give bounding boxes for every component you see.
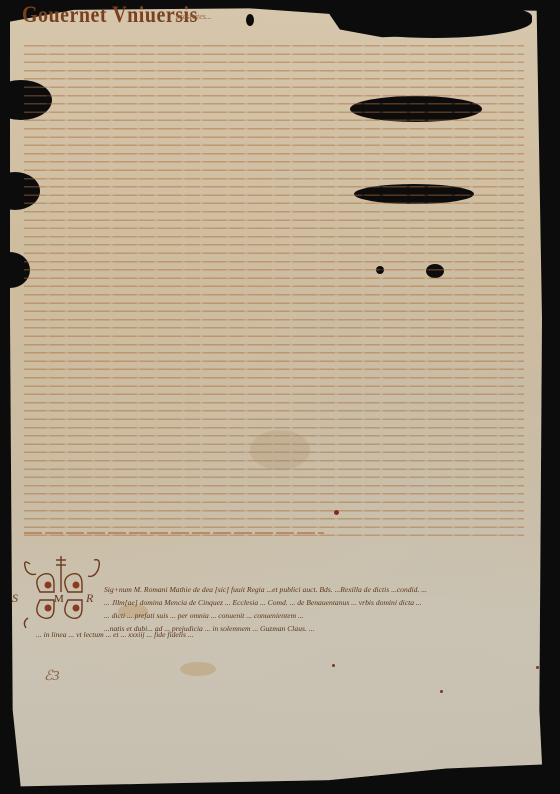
marginal-mark: ℰ3 bbox=[44, 668, 59, 685]
stain bbox=[180, 662, 216, 676]
ink-speck bbox=[334, 510, 339, 515]
body-final-line bbox=[24, 532, 324, 534]
svg-text:R: R bbox=[85, 591, 94, 605]
subscription-line: ... Jllm[ae] domina Mencia de Cinquez ..… bbox=[104, 596, 544, 609]
damage-hole-top-right bbox=[336, 4, 532, 38]
ink-speck bbox=[332, 664, 335, 667]
subscription-line: Sig+num M. Romani Mathie de dea [sic] fu… bbox=[104, 583, 544, 596]
subscription-closing-line: ... in linea ... vt lectum ... et ... xx… bbox=[36, 630, 436, 639]
stain bbox=[250, 430, 310, 470]
subscription-line: ... dicti ... prefati suis ... per omnia… bbox=[104, 609, 544, 622]
notarial-subscription: Sig+num M. Romani Mathie de dea [sic] fu… bbox=[104, 583, 544, 635]
ink-speck bbox=[440, 690, 443, 693]
damage-hole-top-center bbox=[246, 14, 254, 26]
svg-text:M: M bbox=[54, 593, 64, 605]
notarial-sign-icon: S M R bbox=[10, 548, 106, 632]
document-heading: Gouernet Vniuersis bbox=[22, 2, 198, 28]
heading-continuation: presentes... bbox=[176, 12, 212, 21]
svg-text:S: S bbox=[12, 591, 18, 605]
ink-speck bbox=[536, 666, 539, 669]
